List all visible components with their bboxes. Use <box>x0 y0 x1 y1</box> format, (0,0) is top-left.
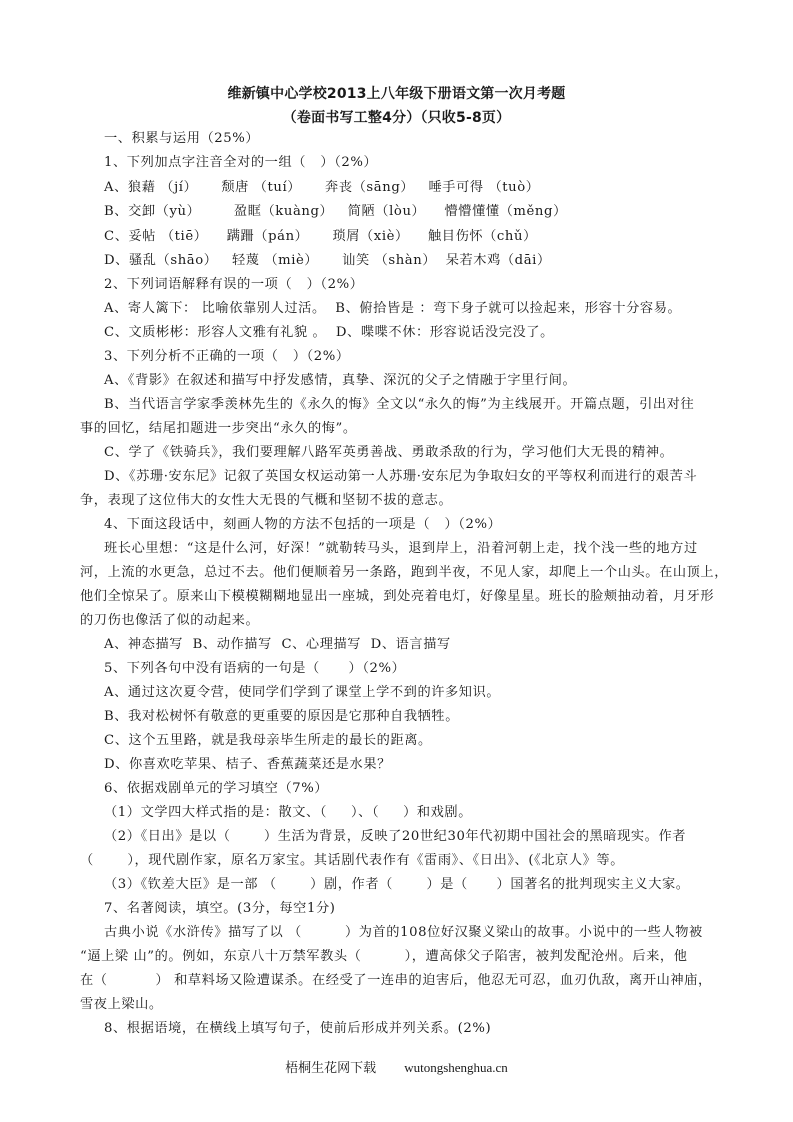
text-line: A、通过这次夏令营，使同学们学到了课堂上学不到的许多知识。 <box>104 685 500 701</box>
text-line: B、交卸（yù） 盈眶（kuàng） 简陋（lòu） 懵懵懂懂（měng） <box>104 204 567 220</box>
text-line: 3、下列分析不正确的一项（ ）（2%） <box>104 349 350 365</box>
text-line: 河，上流的水更急，总过不去。他们便顺着另一条路，跑到半夜，不见人家，却爬上一个山… <box>80 565 728 581</box>
footer-site-url[interactable]: wutongshenghua.cn <box>404 1060 508 1075</box>
text-line: B、我对松树怀有敬意的更重要的原因是它那种自我牺牲。 <box>104 709 459 725</box>
text-line: C、学了《铁骑兵》，我们要理解八路军英勇善战、勇敢杀敌的行为，学习他们大无畏的精… <box>104 445 673 461</box>
text-line: 7、名著阅读，填空。(3分，每空1分) <box>104 901 335 917</box>
text-line: （1）文学四大样式指的是：散文、（ ）、（ ）和戏剧。 <box>104 805 472 821</box>
text-line: D、骚乱（shāo） 轻蔑 （miè） 讪笑 （shàn） 呆若木鸡（dāi） <box>104 253 551 269</box>
text-line: C、文质彬彬：形容人文雅有礼貌 。 D、喋喋不休：形容说话没完没了。 <box>104 325 554 341</box>
text-line: A、神态描写 B、动作描写 C、心理描写 D、语言描写 <box>104 637 451 653</box>
text-line: 8、根据语境，在横线上填写句子，使前后形成并列关系。(2%) <box>104 1021 491 1037</box>
text-line: D、你喜欢吃苹果、桔子、香蕉蔬菜还是水果？ <box>104 757 391 773</box>
text-line: B、当代语言学家季羡林先生的《永久的悔》全文以“永久的悔”为主线展开。开篇点题，… <box>104 397 694 413</box>
text-line: 2、下列词语解释有误的一项（ ）（2%） <box>104 277 364 293</box>
text-line: A、《背影》在叙述和描写中抒发感情，真挚、深沉的父子之情融于字里行间。 <box>104 373 576 389</box>
text-line: 5、下列各句中没有语病的一句是（ ）（2%） <box>104 661 405 677</box>
text-line: 他们全惊呆了。原来山下模模糊糊地显出一座城，到处亮着电灯，好像星星。班长的脸颊抽… <box>80 589 714 605</box>
exam-page: 维新镇中心学校2013上八年级下册语文第一次月考题 （卷面书写工整4分）（只收5… <box>0 0 793 1122</box>
text-line: 1、下列加点字注音全对的一组（ ）（2%） <box>104 155 377 171</box>
text-line: C、这个五里路，就是我母亲毕生所走的最长的距离。 <box>104 733 432 749</box>
text-line: 事的回忆，结尾扣题进一步突出“永久的悔”。 <box>80 421 357 437</box>
text-line: 6、依据戏剧单元的学习填空（7%） <box>104 781 328 797</box>
text-line: 争，表现了这位伟大的女性大无畏的气概和坚韧不拔的意志。 <box>80 493 452 509</box>
text-line: 在（ ） 和草料场又险遭谋杀。在经受了一连串的迫害后，他忍无可忍，血刃仇敌，离开… <box>80 973 712 989</box>
text-line: （3）《钦差大臣》是一部 （ ）剧，作者（ ）是（ ）国著名的批判现实主义大家。 <box>104 877 690 893</box>
text-line: A、寄人篱下： 比喻依靠别人过活。 B、俯拾皆是 ：弯下身子就可以捡起来，形容十… <box>104 301 681 317</box>
text-line: （2）《日出》是以（ ）生活为背景，反映了20世纪30年代初期中国社会的黑暗现实… <box>104 829 686 845</box>
page-footer: 梧桐生花网下载wutongshenghua.cn <box>0 1057 793 1076</box>
text-line: 的刀伤也像活了似的动起来。 <box>80 613 259 629</box>
exam-title: 维新镇中心学校2013上八年级下册语文第一次月考题 <box>0 83 793 103</box>
text-line: 古典小说《水浒传》描写了以 （ ）为首的108位好汉聚义梁山的故事。小说中的一些… <box>104 925 703 941</box>
footer-site-name: 梧桐生花网下载 <box>285 1060 376 1075</box>
text-line: C、妥帖 （tiē） 蹒跚（pán） 琐屑（xiè） 触目伤怀（chǔ） <box>104 229 537 245</box>
text-line: D、《苏珊·安东尼》记叙了英国女权运动第一人苏珊·安东尼为争取妇女的平等权利而进… <box>104 469 697 485</box>
text-line: “逼上梁 山”的。例如，东京八十万禁军教头（ ），遭高俅父子陷害，被判发配沧州。… <box>80 949 688 965</box>
text-line: 雪夜上梁山。 <box>80 997 163 1013</box>
text-line: 4、下面这段话中，刻画人物的方法不包括的一项是（ ）（2%） <box>104 517 501 533</box>
text-line: A、狼藉 （jí） 颓唐 （tuí） 奔丧（sāng） 唾手可得 （tuò） <box>104 180 540 196</box>
text-line: （ ），现代剧作家，原名万家宝。其话剧代表作有《雷雨》、《日出》、(《北京人》等… <box>80 853 624 869</box>
text-line: 班长心里想：“这是什么河，好深！”就勒转马头，退到岸上，沿着河朝上走，找个浅一些… <box>104 541 698 557</box>
text-line: 一、积累与运用（25%） <box>104 131 259 147</box>
exam-subtitle: （卷面书写工整4分）（只收5-8页） <box>0 107 793 127</box>
